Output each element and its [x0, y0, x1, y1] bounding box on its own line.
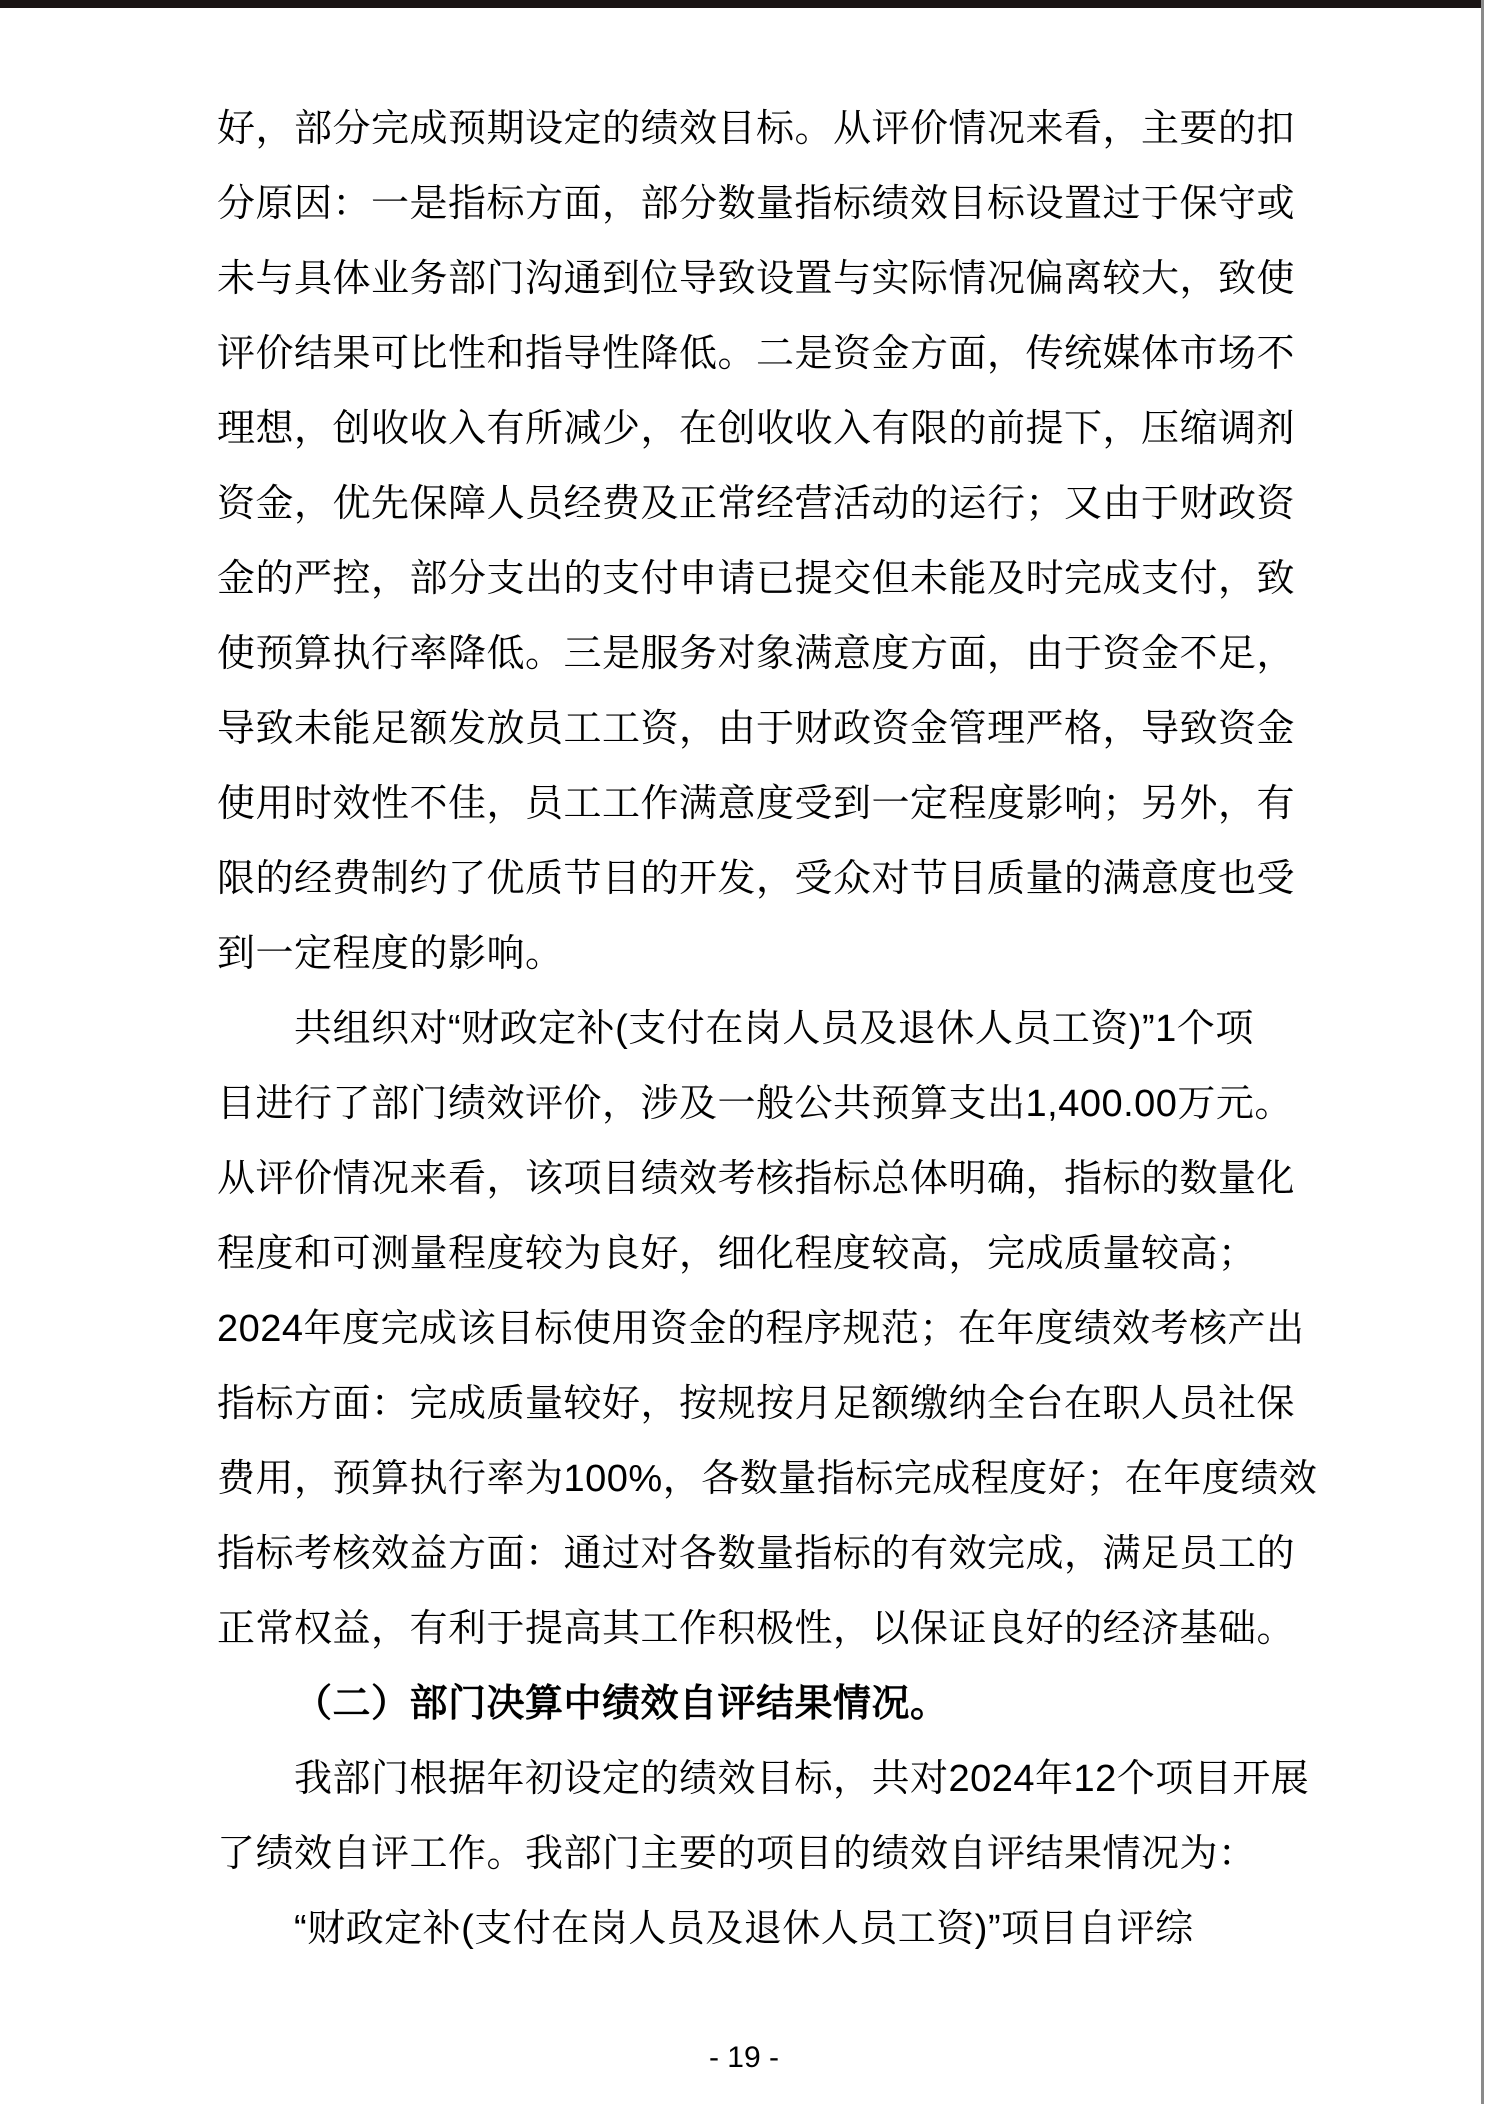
text-line: 资金，优先保障人员经费及正常经营活动的运行；又由于财政资 [217, 467, 1322, 542]
text-line: 程度和可测量程度较为良好，细化程度较高，完成质量较高； [217, 1217, 1322, 1292]
scan-right-edge-line [1481, 0, 1484, 2104]
text-line: 我部门根据年初设定的绩效目标，共对2024年12个项目开展 [217, 1742, 1322, 1817]
text-line: 使用时效性不佳，员工工作满意度受到一定程度影响；另外，有 [217, 767, 1322, 842]
text-line: 正常权益，有利于提高其工作积极性，以保证良好的经济基础。 [217, 1592, 1322, 1667]
section-heading: （二）部门决算中绩效自评结果情况。 [217, 1667, 1322, 1742]
text-line: 指标方面：完成质量较好，按规按月足额缴纳全台在职人员社保 [217, 1367, 1322, 1442]
text-line: 未与具体业务部门沟通到位导致设置与实际情况偏离较大，致使 [217, 242, 1322, 317]
text-line: 金的严控，部分支出的支付申请已提交但未能及时完成支付，致 [217, 542, 1322, 617]
text-line: 费用，预算执行率为100%，各数量指标完成程度好；在年度绩效 [217, 1442, 1322, 1517]
text-line: 分原因：一是指标方面，部分数量指标绩效目标设置过于保守或 [217, 167, 1322, 242]
text-line: 指标考核效益方面：通过对各数量指标的有效完成，满足员工的 [217, 1517, 1322, 1592]
text-line: 从评价情况来看，该项目绩效考核指标总体明确，指标的数量化 [217, 1142, 1322, 1217]
text-line: 了绩效自评工作。我部门主要的项目的绩效自评结果情况为： [217, 1817, 1322, 1892]
text-line: 评价结果可比性和指导性降低。二是资金方面，传统媒体市场不 [217, 317, 1322, 392]
text-line: 目进行了部门绩效评价，涉及一般公共预算支出1,400.00万元。 [217, 1067, 1322, 1142]
page-number: - 19 - [0, 2040, 1488, 2076]
text-line: 共组织对“财政定补(支付在岗人员及退休人员工资)”1个项 [217, 992, 1322, 1067]
document-page: 好，部分完成预期设定的绩效目标。从评价情况来看，主要的扣分原因：一是指标方面，部… [0, 0, 1488, 2104]
scan-top-edge-artifact [0, 0, 1481, 8]
text-line: 到一定程度的影响。 [217, 917, 1322, 992]
text-line: 理想，创收收入有所减少，在创收收入有限的前提下，压缩调剂 [217, 392, 1322, 467]
text-line: 限的经费制约了优质节目的开发，受众对节目质量的满意度也受 [217, 842, 1322, 917]
text-line: “财政定补(支付在岗人员及退休人员工资)”项目自评综 [217, 1892, 1322, 1967]
text-line: 2024年度完成该目标使用资金的程序规范；在年度绩效考核产出 [217, 1292, 1322, 1367]
text-line: 导致未能足额发放员工工资，由于财政资金管理严格，导致资金 [217, 692, 1322, 767]
text-line: 好，部分完成预期设定的绩效目标。从评价情况来看，主要的扣 [217, 92, 1322, 167]
body-text: 好，部分完成预期设定的绩效目标。从评价情况来看，主要的扣分原因：一是指标方面，部… [217, 92, 1322, 1967]
text-line: 使预算执行率降低。三是服务对象满意度方面，由于资金不足， [217, 617, 1322, 692]
